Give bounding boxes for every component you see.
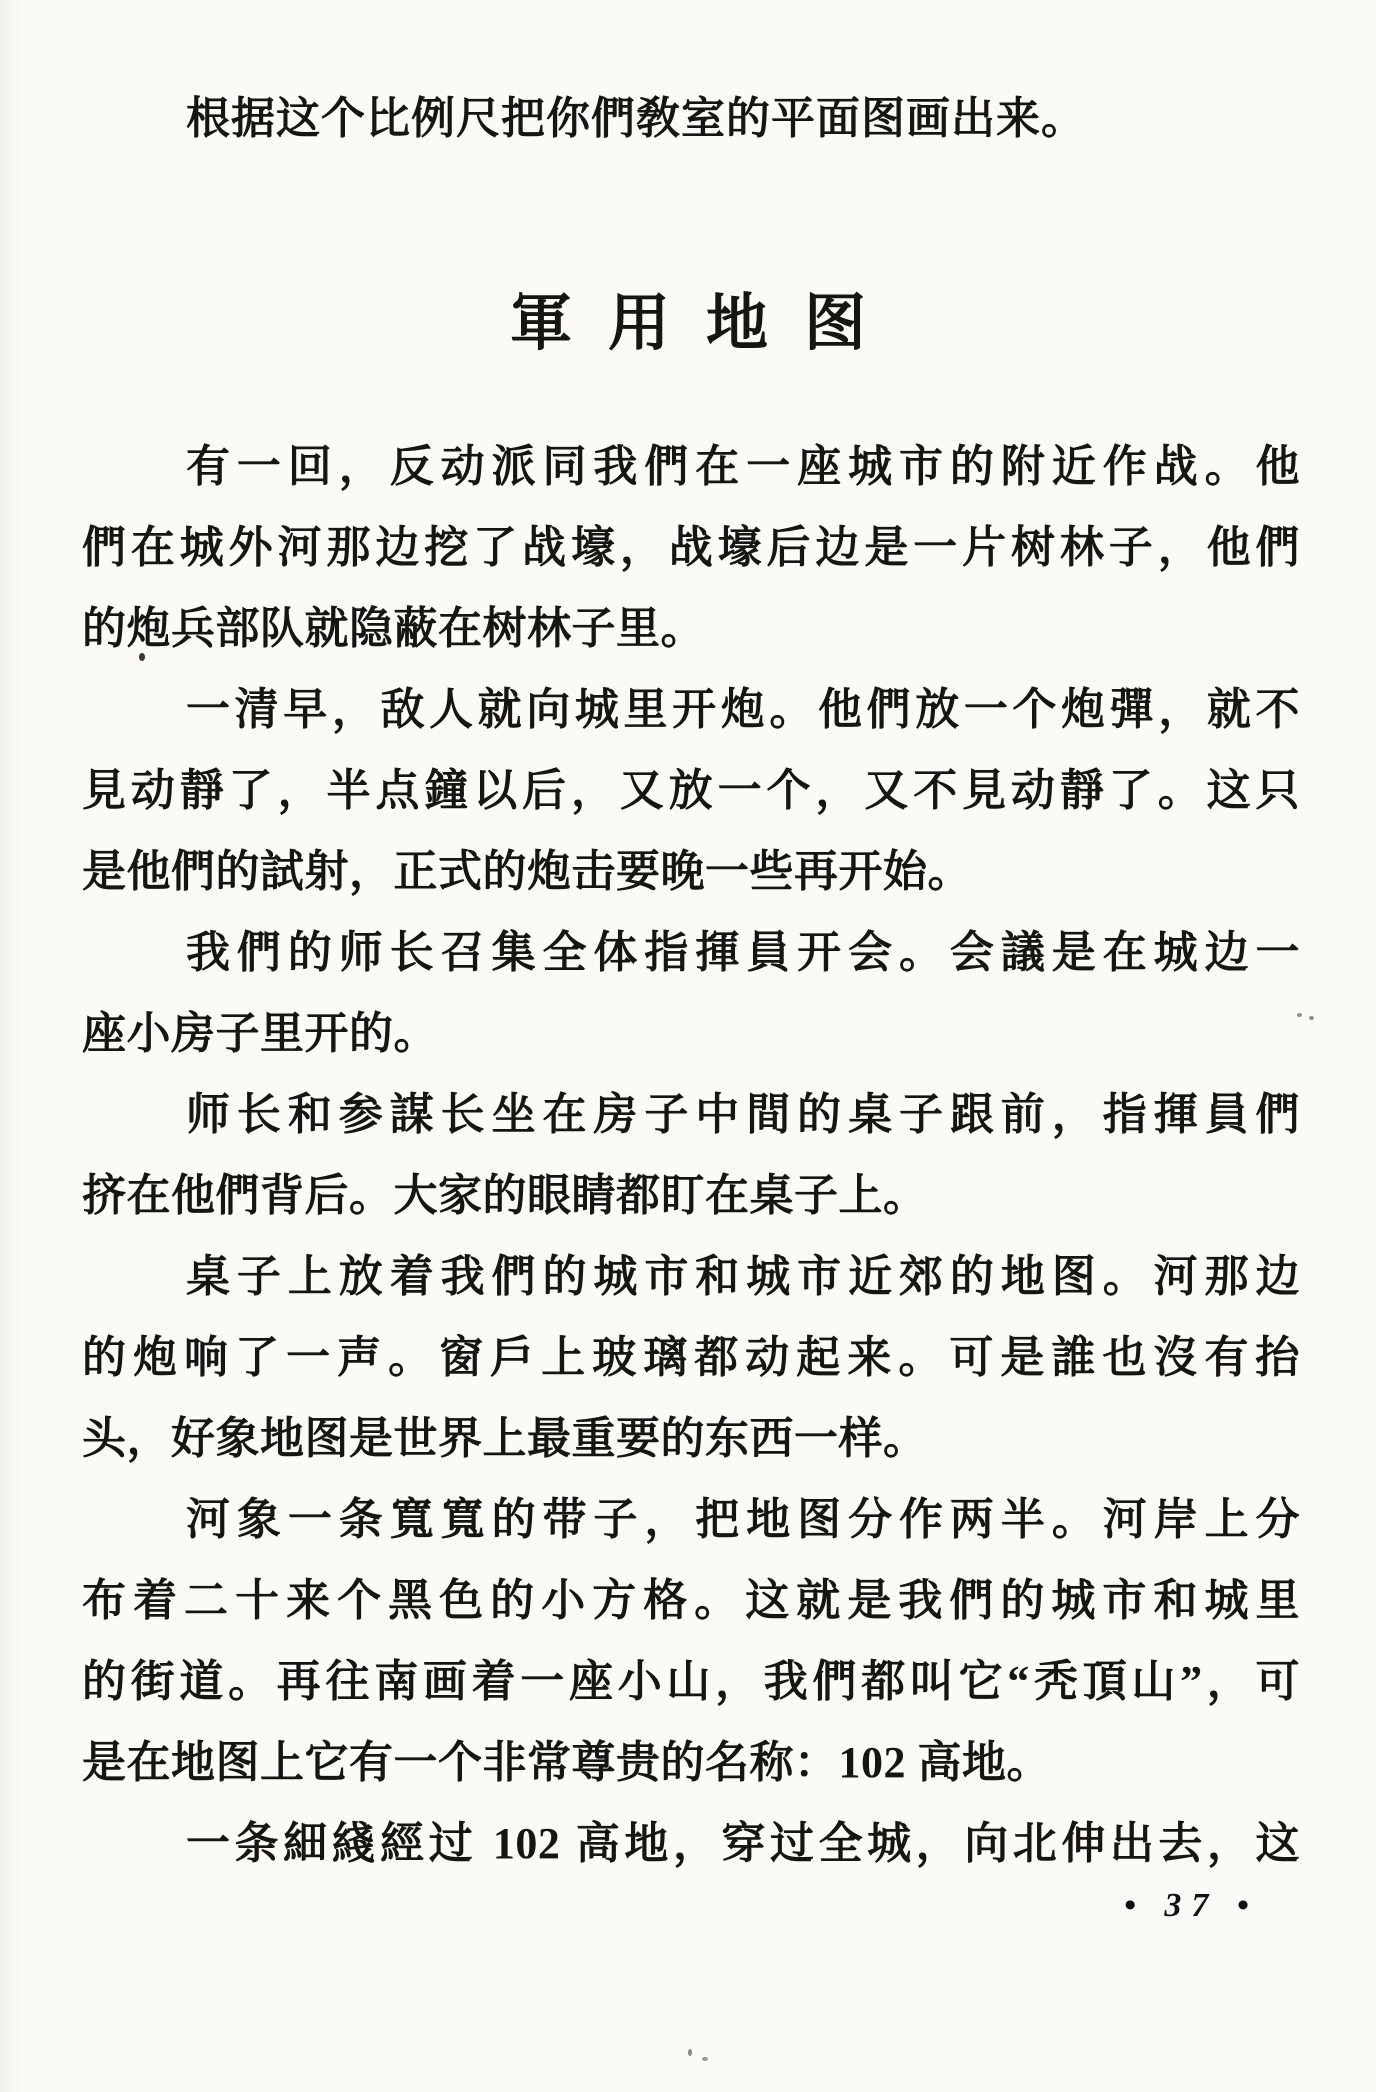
scan-artifact-dot xyxy=(139,653,145,661)
text-line: 头，好象地图是世界上最重要的东西一样。 xyxy=(82,1398,1300,1479)
text-line: 們在城外河那边挖了战壕，战壕后边是一片树林子，他們 xyxy=(82,507,1300,588)
chapter-title: 軍用地图 xyxy=(0,286,1376,362)
text-line: 有一回，反动派同我們在一座城市的附近作战。他 xyxy=(82,426,1300,507)
paragraph-6: 河象一条寬寬的带子，把地图分作两半。河岸上分 布着二十来个黑色的小方格。这就是我… xyxy=(82,1479,1300,1803)
scan-artifact-dot xyxy=(688,2049,692,2056)
text-line: 河象一条寬寬的带子，把地图分作两半。河岸上分 xyxy=(82,1479,1300,1560)
text-line: 一清早，敌人就向城里开炮。他們放一个炮彈，就不 xyxy=(82,669,1300,750)
paragraph-1: 有一回，反动派同我們在一座城市的附近作战。他 們在城外河那边挖了战壕，战壕后边是… xyxy=(82,426,1300,669)
text-line: 挤在他們背后。大家的眼睛都盯在桌子上。 xyxy=(82,1155,1300,1236)
scan-artifact-dot xyxy=(1297,1013,1302,1017)
text-line: 見动靜了，半点鐘以后，又放一个，又不見动靜了。这只 xyxy=(82,750,1300,831)
paragraph-2: 一清早，敌人就向城里开炮。他們放一个炮彈，就不 見动靜了，半点鐘以后，又放一个，… xyxy=(82,669,1300,912)
text-line: 我們的师长召集全体指揮員开会。会議是在城边一 xyxy=(82,912,1300,993)
text-line: 师长和参謀长坐在房子中間的桌子跟前，指揮員們 xyxy=(82,1074,1300,1155)
paragraph-3: 我們的师长召集全体指揮員开会。会議是在城边一 座小房子里开的。 xyxy=(82,912,1300,1074)
page-number: • 37 • xyxy=(1124,1884,1259,1928)
text-line: 一条細綫經过 102 高地，穿过全城，向北伸出去，这 xyxy=(82,1803,1300,1884)
paragraph-7: 一条細綫經过 102 高地，穿过全城，向北伸出去，这 xyxy=(82,1803,1300,1884)
text-line: 的炮响了一声。窗戶上玻璃都动起来。可是誰也沒有抬 xyxy=(82,1317,1300,1398)
text-line: 布着二十来个黑色的小方格。这就是我們的城市和城里 xyxy=(82,1560,1300,1641)
text-line: 是他們的試射，正式的炮击要晚一些再开始。 xyxy=(82,831,1300,912)
book-page: 根据这个比例尺把你們敎室的平面图画出来。 軍用地图 有一回，反动派同我們在一座城… xyxy=(0,0,1376,2092)
text-line: 座小房子里开的。 xyxy=(82,993,1300,1074)
text-line: 桌子上放着我們的城市和城市近郊的地图。河那边 xyxy=(82,1236,1300,1317)
paragraph-4: 师长和参謀长坐在房子中間的桌子跟前，指揮員們 挤在他們背后。大家的眼睛都盯在桌子… xyxy=(82,1074,1300,1236)
text-line: 是在地图上它有一个非常尊贵的名称：102 高地。 xyxy=(82,1722,1300,1803)
text-line: 的街道。再往南画着一座小山，我們都叫它“秃頂山”，可 xyxy=(82,1641,1300,1722)
exercise-instruction-text: 根据这个比例尺把你們敎室的平面图画出来。 xyxy=(82,88,1300,150)
story-text: 有一回，反动派同我們在一座城市的附近作战。他 們在城外河那边挖了战壕，战壕后边是… xyxy=(82,426,1300,1884)
paragraph-5: 桌子上放着我們的城市和城市近郊的地图。河那边 的炮响了一声。窗戶上玻璃都动起来。… xyxy=(82,1236,1300,1479)
text-line: 的炮兵部队就隐蔽在树林子里。 xyxy=(82,588,1300,669)
scan-artifact-dot xyxy=(702,2057,708,2061)
scan-artifact-dot xyxy=(1309,1016,1314,1020)
